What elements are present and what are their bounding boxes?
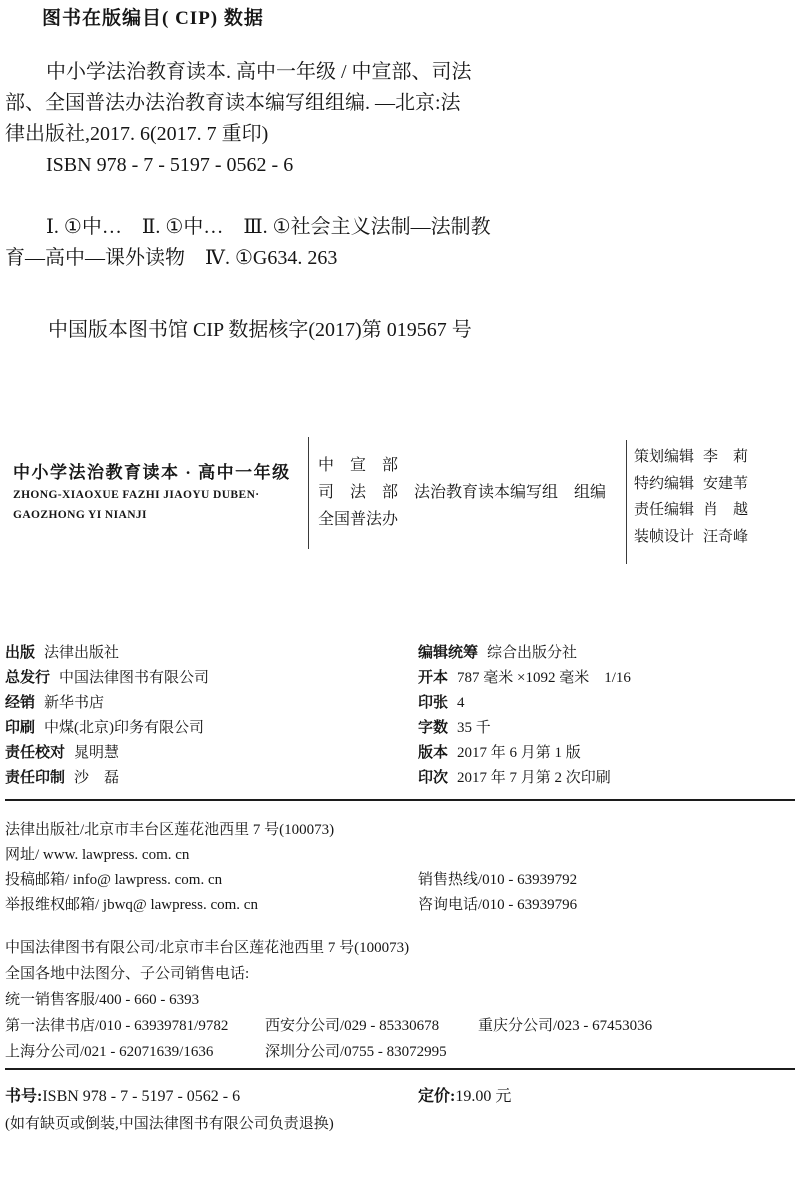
branch-phone-chongqing: 重庆分公司/023 - 67453036 [478, 1014, 652, 1035]
pub-row: 印张4 [418, 691, 631, 716]
staff-name: 李 莉 [703, 449, 748, 465]
staff-role: 特约编辑 [634, 476, 694, 492]
pub-row: 印刷中煤(北京)印务有限公司 [5, 716, 209, 741]
staff-name: 安建苇 [703, 476, 748, 492]
cip-class-line-2: 育—高中—课外读物 Ⅳ. ①G634. 263 [5, 243, 491, 274]
pub-row: 版本2017 年 6 月第 1 版 [418, 741, 631, 766]
pub-value: 35 千 [457, 720, 491, 736]
price-label: 定价: [418, 1088, 455, 1105]
inquiry-phone: 咨询电话/010 - 63939796 [418, 893, 577, 914]
org-line-1: 中 宣 部 [318, 452, 606, 479]
publication-info-right: 编辑统筹综合出版分社 开本787 毫米 ×1092 毫米 1/16 印张4 字数… [418, 641, 631, 791]
pub-label: 出版 [5, 645, 35, 661]
pub-row: 编辑统筹综合出版分社 [418, 641, 631, 666]
pub-value: 中煤(北京)印务有限公司 [44, 720, 204, 736]
compiling-organizations: 中 宣 部 司 法 部 法治教育读本编写组 组编 全国普法办 [318, 452, 606, 533]
pub-value: 综合出版分社 [487, 645, 577, 661]
cip-entry: 中小学法治教育读本. 高中一年级 / 中宣部、司法 部、全国普法办法治教育读本编… [5, 57, 545, 181]
sales-hotline: 销售热线/010 - 63939792 [418, 868, 577, 889]
unified-service-phone: 统一销售客服/400 - 660 - 6393 [5, 988, 199, 1009]
cip-entry-line-1: 中小学法治教育读本. 高中一年级 / 中宣部、司法 [5, 57, 545, 88]
pub-value: 新华书店 [44, 695, 104, 711]
pub-row: 印次2017 年 7 月第 2 次印刷 [418, 766, 631, 791]
pub-label: 编辑统筹 [418, 645, 478, 661]
book-title-pinyin-line-2: GAOZHONG YI NIANJI [13, 509, 147, 521]
vertical-divider-left [308, 437, 309, 549]
publisher-address: 法律出版社/北京市丰台区莲花池西里 7 号(100073) [5, 818, 334, 839]
pub-label: 责任印制 [5, 770, 65, 786]
cip-header: 图书在版编目( CIP) 数据 [42, 3, 264, 30]
horizontal-rule-bottom [5, 1068, 795, 1070]
report-email: 举报维权邮箱/ jbwq@ lawpress. com. cn [5, 893, 258, 914]
pub-value: 中国法律图书有限公司 [59, 670, 209, 686]
staff-name: 肖 越 [703, 502, 748, 518]
pub-row: 出版法律出版社 [5, 641, 209, 666]
pub-row: 总发行中国法律图书有限公司 [5, 666, 209, 691]
cip-entry-line-3: 律出版社,2017. 6(2017. 7 重印) [5, 119, 545, 150]
pub-row: 责任校对晁明慧 [5, 741, 209, 766]
pub-label: 版本 [418, 745, 448, 761]
org-line-3: 全国普法办 [318, 506, 606, 533]
staff-role: 策划编辑 [634, 449, 694, 465]
pub-row: 开本787 毫米 ×1092 毫米 1/16 [418, 666, 631, 691]
staff-row: 策划编辑李 莉 [634, 444, 748, 471]
staff-role: 装帧设计 [634, 529, 694, 545]
vertical-divider-right [626, 440, 627, 564]
org-line-2: 司 法 部 法治教育读本编写组 组编 [318, 479, 606, 506]
price: 定价:19.00 元 [418, 1083, 511, 1106]
pub-value: 法律出版社 [44, 645, 119, 661]
book-number-label: 书号: [5, 1088, 42, 1105]
staff-row: 装帧设计汪奇峰 [634, 524, 748, 551]
pub-label: 印次 [418, 770, 448, 786]
horizontal-rule-top [5, 799, 795, 801]
pub-row: 字数35 千 [418, 716, 631, 741]
staff-row: 特约编辑安建苇 [634, 471, 748, 498]
book-number: 书号:ISBN 978 - 7 - 5197 - 0562 - 6 [5, 1083, 240, 1106]
branch-phone-law-bookstore: 第一法律书店/010 - 63939781/9782 [5, 1014, 228, 1035]
book-number-value: ISBN 978 - 7 - 5197 - 0562 - 6 [42, 1088, 240, 1105]
publisher-website: 网址/ www. lawpress. com. cn [5, 843, 189, 864]
distributor-address: 中国法律图书有限公司/北京市丰台区莲花池西里 7 号(100073) [5, 936, 409, 957]
pub-label: 字数 [418, 720, 448, 736]
staff-role: 责任编辑 [634, 502, 694, 518]
cip-entry-line-2: 部、全国普法办法治教育读本编写组组编. —北京:法 [5, 88, 545, 119]
return-policy-note: (如有缺页或倒装,中国法律图书有限公司负责退换) [5, 1112, 334, 1133]
book-title-pinyin-line-1: ZHONG-XIAOXUE FAZHI JIAOYU DUBEN· [13, 489, 260, 501]
publication-info-left: 出版法律出版社 总发行中国法律图书有限公司 经销新华书店 印刷中煤(北京)印务有… [5, 641, 209, 791]
pub-label: 责任校对 [5, 745, 65, 761]
staff-name: 汪奇峰 [703, 529, 748, 545]
pub-value: 晁明慧 [74, 745, 119, 761]
pub-value: 4 [457, 695, 465, 711]
branch-phone-xian: 西安分公司/029 - 85330678 [265, 1014, 439, 1035]
copyright-page: 图书在版编目( CIP) 数据 中小学法治教育读本. 高中一年级 / 中宣部、司… [0, 0, 800, 1189]
branch-phone-shenzhen: 深圳分公司/0755 - 83072995 [265, 1040, 447, 1061]
pub-label: 印张 [418, 695, 448, 711]
pub-label: 总发行 [5, 670, 50, 686]
pub-value: 2017 年 6 月第 1 版 [457, 745, 581, 761]
branch-phone-shanghai: 上海分公司/021 - 62071639/1636 [5, 1040, 213, 1061]
cip-isbn: ISBN 978 - 7 - 5197 - 0562 - 6 [5, 150, 545, 181]
pub-label: 开本 [418, 670, 448, 686]
pub-value: 2017 年 7 月第 2 次印刷 [457, 770, 611, 786]
distribution-note: 全国各地中法图分、子公司销售电话: [5, 962, 249, 983]
cip-classification: Ⅰ. ①中… Ⅱ. ①中… Ⅲ. ①社会主义法制—法制教 育—高中—课外读物 Ⅳ… [5, 212, 491, 274]
book-title: 中小学法治教育读本 · 高中一年级 [13, 458, 291, 483]
pub-value: 沙 磊 [74, 770, 119, 786]
pub-value: 787 毫米 ×1092 毫米 1/16 [457, 670, 631, 686]
pub-row: 责任印制沙 磊 [5, 766, 209, 791]
cip-record-number: 中国版本图书馆 CIP 数据核字(2017)第 019567 号 [48, 313, 472, 342]
pub-label: 印刷 [5, 720, 35, 736]
submission-email: 投稿邮箱/ info@ lawpress. com. cn [5, 868, 222, 889]
staff-credits: 策划编辑李 莉 特约编辑安建苇 责任编辑肖 越 装帧设计汪奇峰 [634, 444, 748, 550]
price-value: 19.00 元 [455, 1088, 511, 1105]
cip-class-line-1: Ⅰ. ①中… Ⅱ. ①中… Ⅲ. ①社会主义法制—法制教 [5, 212, 491, 243]
pub-label: 经销 [5, 695, 35, 711]
staff-row: 责任编辑肖 越 [634, 497, 748, 524]
pub-row: 经销新华书店 [5, 691, 209, 716]
